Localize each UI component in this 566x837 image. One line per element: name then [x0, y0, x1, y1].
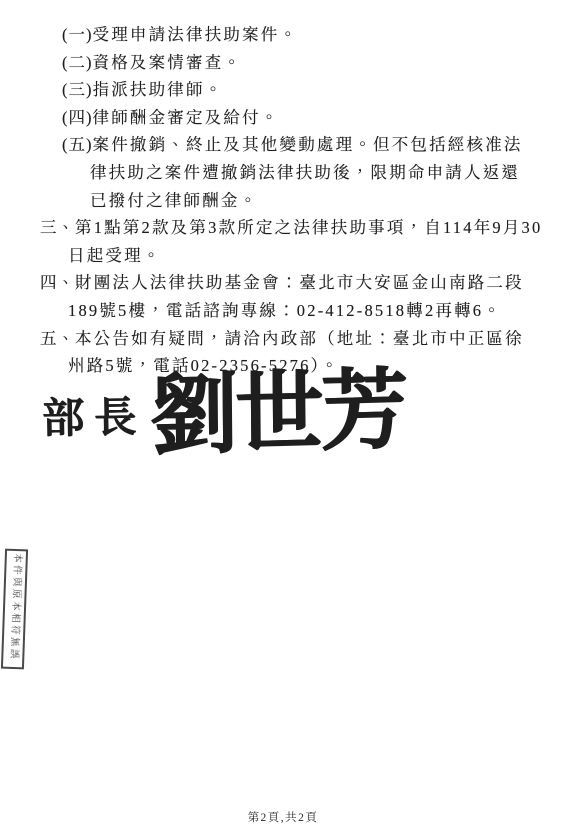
list-item: 五、本公告如有疑問，請洽內政部（地址：臺北市中正區徐: [40, 325, 566, 353]
page-indicator: 第2頁,共2頁: [248, 812, 319, 824]
verification-stamp: 本件與原本相符無誤: [1, 549, 28, 670]
page-footer: 第2頁,共2頁: [0, 809, 566, 825]
item-text: 受理申請法律扶助案件。: [93, 25, 299, 44]
minister-title: 部長: [41, 384, 146, 446]
item-label: (一): [62, 25, 93, 44]
list-item: (一)受理申請法律扶助案件。: [62, 21, 566, 49]
list-item: 三、第1點第2款及第3款所定之法律扶助事項，自114年9月30: [40, 214, 566, 242]
item-text: 律師酬金審定及給付。: [93, 108, 280, 127]
item-text: 資格及案情審查。: [93, 53, 243, 72]
item-label: (四): [62, 108, 93, 127]
list-item-continuation: 日起受理。: [68, 242, 566, 270]
list-item: (三)指派扶助律師。: [62, 76, 566, 104]
item-text: 本公告如有疑問，請洽內政部（地址：臺北市中正區徐: [75, 329, 524, 348]
item-label: (二): [62, 53, 93, 72]
list-item: (二)資格及案情審查。: [62, 49, 566, 77]
minister-signature: 劉世芳: [150, 367, 406, 462]
list-item-continuation: 律扶助之案件遭撤銷法律扶助後，限期命申請人返還: [90, 159, 566, 187]
list-item: (五)案件撤銷、終止及其他變動處理。但不包括經核准法: [62, 131, 566, 159]
item-text: 案件撤銷、終止及其他變動處理。但不包括經核准法: [93, 135, 523, 154]
announcement-body: (一)受理申請法律扶助案件。 (二)資格及案情審查。 (三)指派扶助律師。 (四…: [0, 21, 566, 380]
item-label: 五、: [40, 329, 75, 348]
item-text: 財團法人法律扶助基金會：臺北市大安區金山南路二段: [75, 273, 524, 292]
item-text: 第1點第2款及第3款所定之法律扶助事項，自114年9月30: [75, 218, 542, 237]
item-label: 三、: [40, 218, 75, 237]
item-label: (五): [62, 135, 93, 154]
signature-block: 部長 劉世芳: [42, 362, 405, 467]
item-text: 指派扶助律師。: [93, 80, 224, 99]
list-item-continuation: 189號5樓，電話諮詢專線：02-412-8518轉2再轉6。: [68, 297, 566, 325]
scanned-announcement-page: (一)受理申請法律扶助案件。 (二)資格及案情審查。 (三)指派扶助律師。 (四…: [0, 0, 566, 837]
list-item: (四)律師酬金審定及給付。: [62, 104, 566, 132]
item-label: (三): [62, 80, 93, 99]
item-label: 四、: [40, 273, 75, 292]
list-item: 四、財團法人法律扶助基金會：臺北市大安區金山南路二段: [40, 269, 566, 297]
list-item-continuation: 已撥付之律師酬金。: [90, 187, 566, 215]
